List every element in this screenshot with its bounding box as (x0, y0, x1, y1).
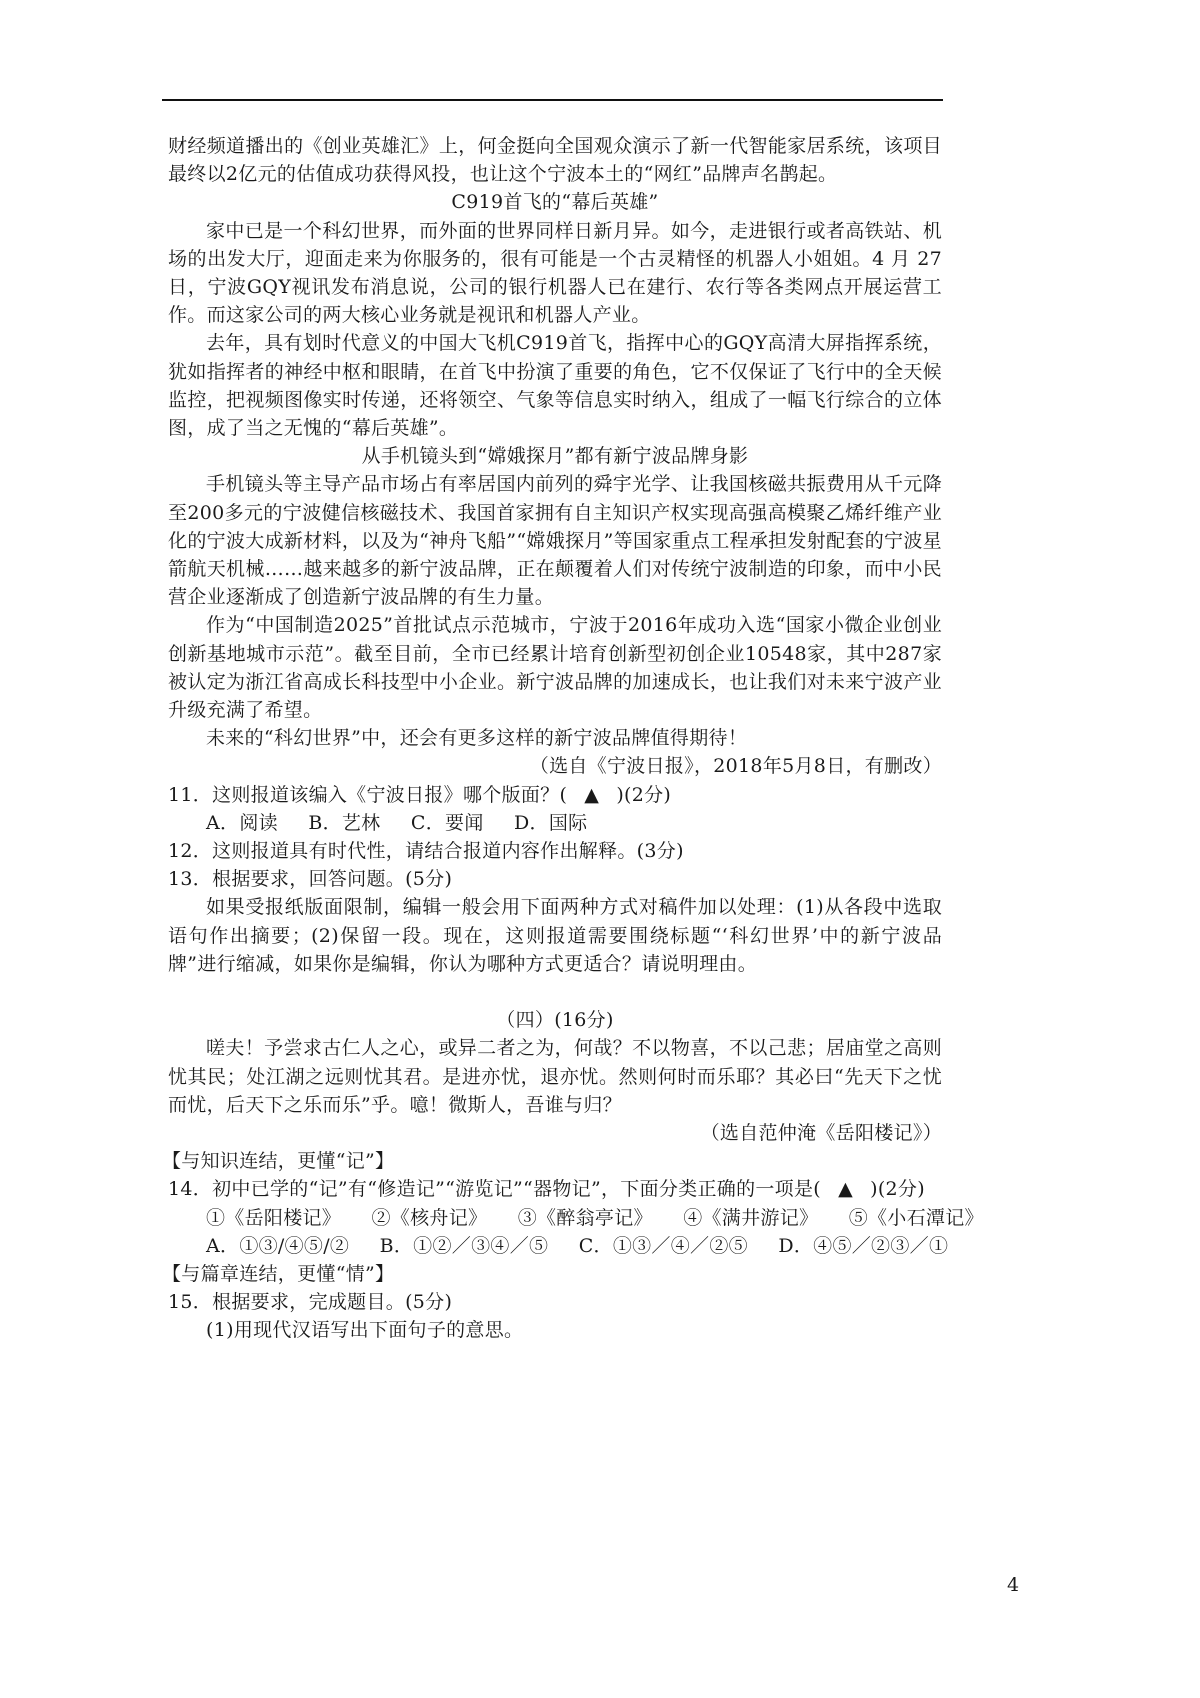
answer-blank-triangle-icon: ▲ (821, 1175, 870, 1203)
option-d: D．④⑤／②③／① (778, 1235, 948, 1257)
document-page: 财经频道播出的《创业英雄汇》上，何金挺向全国观众演示了新一代智能家居系统，该项目… (0, 0, 1200, 1698)
paragraph-made-in-china: 作为“中国制造2025”首批试点示范城市，宁波于2016年成功入选“国家小微企业… (168, 611, 942, 724)
passage-source: （选自范仲淹《岳阳楼记》） (168, 1119, 942, 1147)
item-4: ④《满井游记》 (683, 1207, 818, 1229)
page-number: 4 (1007, 1574, 1019, 1596)
article-source: （选自《宁波日报》，2018年5月8日，有删改） (168, 752, 942, 780)
item-2: ②《核舟记》 (372, 1207, 488, 1229)
paragraph-robot: 家中已是一个科幻世界，而外面的世界同样日新月异。如今，走进银行或者高铁站、机场的… (168, 217, 942, 330)
option-c: C．①③／④／②⑤ (579, 1235, 748, 1257)
question-12: 12．这则报道具有时代性，请结合报道内容作出解释。(3分) (168, 837, 942, 865)
item-5: ⑤《小石潭记》 (849, 1207, 984, 1229)
subheading-knowledge: 【与知识连结，更懂“记”】 (162, 1147, 942, 1175)
question-11-score: )(2分) (616, 784, 671, 806)
section-heading-brands: 从手机镜头到“嫦娥探月”都有新宁波品牌身影 (168, 442, 942, 470)
section-heading-c919: C919首飞的“幕后英雄” (168, 188, 942, 216)
question-14-options: A．①③/④⑤/②B．①②／③④／⑤C．①③／④／②⑤D．④⑤／②③／① (168, 1232, 942, 1260)
paragraph-brands: 手机镜头等主导产品市场占有率居国内前列的舜宇光学、让我国核磁共振费用从千元降至2… (168, 470, 942, 611)
option-a: A．①③/④⑤/② (206, 1235, 349, 1257)
paragraph-future: 未来的“科幻世界”中，还会有更多这样的新宁波品牌值得期待！ (168, 724, 942, 752)
question-11-text: 11．这则报道该编入《宁波日报》哪个版面？( (168, 784, 567, 806)
question-11: 11．这则报道该编入《宁波日报》哪个版面？(▲)(2分) (168, 781, 942, 809)
question-15-sub-1: (1)用现代汉语写出下面句子的意思。 (168, 1316, 942, 1344)
item-1: ①《岳阳楼记》 (206, 1207, 341, 1229)
option-a: A．阅读 (206, 812, 278, 834)
classical-passage: 嗟夫！予尝求古仁人之心，或异二者之为，何哉？不以物喜，不以己悲；居庙堂之高则忧其… (168, 1034, 942, 1119)
option-b: B．艺林 (308, 812, 380, 834)
page-content: 财经频道播出的《创业英雄汇》上，何金挺向全国观众演示了新一代智能家居系统，该项目… (168, 132, 942, 1345)
answer-blank-triangle-icon: ▲ (567, 781, 616, 809)
part-4-heading: （四）(16分) (168, 1006, 942, 1034)
header-rule (162, 99, 943, 101)
question-14: 14．初中已学的“记”有“修造记”“游览记”“器物记”，下面分类正确的一项是(▲… (168, 1175, 942, 1203)
question-14-items: ①《岳阳楼记》②《核舟记》③《醉翁亭记》④《满井游记》⑤《小石潭记》 (168, 1204, 942, 1232)
paragraph-c919: 去年，具有划时代意义的中国大飞机C919首飞，指挥中心的GQY高清大屏指挥系统，… (168, 329, 942, 442)
question-15-title: 15．根据要求，完成题目。(5分) (168, 1288, 942, 1316)
question-14-text: 14．初中已学的“记”有“修造记”“游览记”“器物记”，下面分类正确的一项是( (168, 1178, 821, 1200)
item-3: ③《醉翁亭记》 (518, 1207, 653, 1229)
question-14-score: )(2分) (870, 1178, 925, 1200)
option-b: B．①②／③④／⑤ (380, 1235, 549, 1257)
question-13-body: 如果受报纸版面限制，编辑一般会用下面两种方式对稿件加以处理：(1)从各段中选取语… (168, 893, 942, 978)
question-11-options: A．阅读B．艺林C．要闻D．国际 (168, 809, 942, 837)
spacer (168, 978, 942, 1006)
subheading-chapter: 【与篇章连结，更懂“情”】 (162, 1260, 942, 1288)
option-d: D．国际 (514, 812, 587, 834)
question-13-title: 13．根据要求，回答问题。(5分) (168, 865, 942, 893)
paragraph-intro-continuation: 财经频道播出的《创业英雄汇》上，何金挺向全国观众演示了新一代智能家居系统，该项目… (168, 132, 942, 188)
option-c: C．要闻 (411, 812, 484, 834)
